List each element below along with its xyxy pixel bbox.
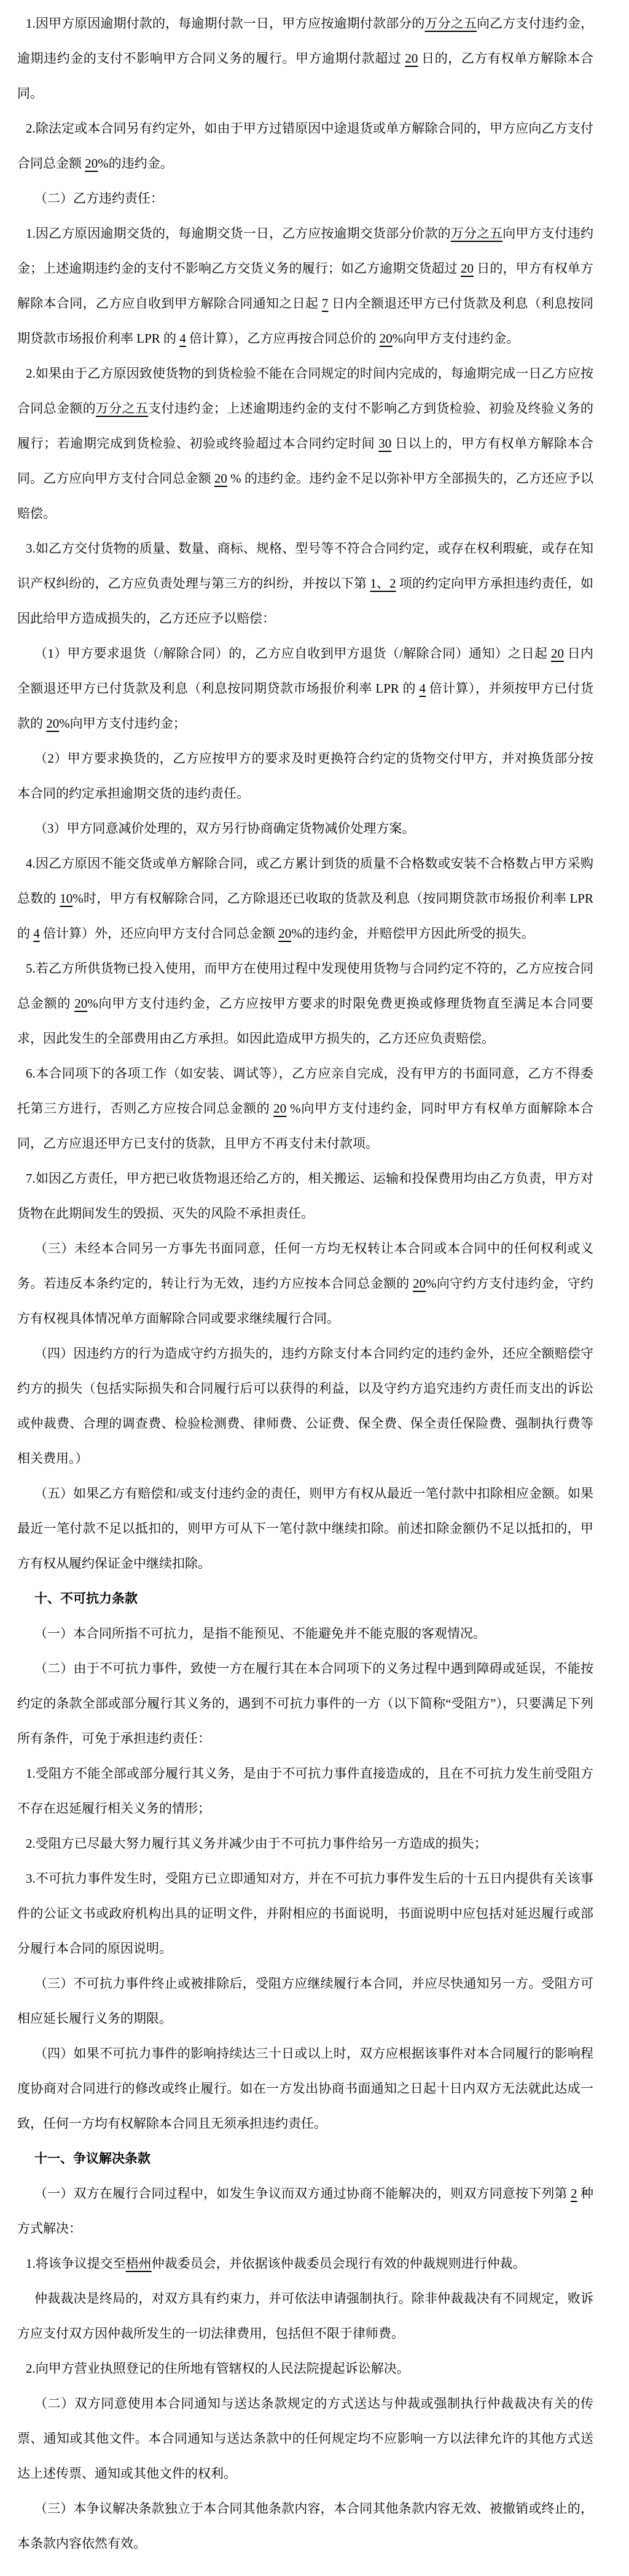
paragraph: 3.不可抗力事件发生时，受阻方已立即通知对方，并在不可抗力事件发生后的十五日内提… <box>17 1861 593 1966</box>
section-heading: 十、不可抗力条款 <box>17 1581 593 1616</box>
underlined-text-run: 20 <box>405 51 418 66</box>
text-run: 仲裁委员会，并依据该仲裁委员会现行有效的仲裁规则进行仲裁。 <box>152 2256 526 2271</box>
paragraph: （三）未经本合同另一方事先书面同意，任何一方均无权转让本合同或本合同中的任何权利… <box>17 1231 593 1336</box>
paragraph: （二）由于不可抗力事件，致使一方在履行其在本合同项下的义务过程中遇到障碍或延误，… <box>17 1651 593 1756</box>
paragraph: 仲裁裁决是终局的，对双方具有约束力，并可依法申请强制执行。除非仲裁裁决有不同规定… <box>17 2281 593 2351</box>
underlined-text-run: 万分之五 <box>96 401 148 416</box>
paragraph: （3）甲方同意减价处理的，双方另行协商确定货物减价处理方案。 <box>17 811 593 846</box>
paragraph: 3.如乙方交付货物的质量、数量、商标、规格、型号等不符合合同约定，或存在权利瑕疵… <box>17 531 593 636</box>
text-run: 2.受阻方已尽最大努力履行其义务并减少由于不可抗力事件给另一方造成的损失； <box>26 1836 487 1851</box>
underlined-text-run: 10 <box>60 891 72 906</box>
underlined-text-run: 梧州 <box>126 2256 152 2271</box>
section-heading: 十一、争议解决条款 <box>17 2141 593 2176</box>
underlined-text-run: 20 <box>551 646 564 661</box>
text-run: 倍计算）外，还应向甲方支付合同总金额 <box>40 926 279 941</box>
text-run: 1.受阻方不能全部或部分履行其义务，是由于不可抗力事件直接造成的，且在不可抗力发… <box>17 1766 593 1816</box>
underlined-text-run: 4 <box>33 926 40 941</box>
paragraph: 1.受阻方不能全部或部分履行其义务，是由于不可抗力事件直接造成的，且在不可抗力发… <box>17 1756 593 1826</box>
document-content: 1.因甲方原因逾期付款的，每逾期付款一日，甲方应按逾期付款部分的万分之五向乙方支… <box>17 6 593 2561</box>
text-run: （1）甲方要求退货（/解除合同）的，乙方应自收到甲方退货（/解除合同）通知）之日… <box>34 646 551 661</box>
paragraph: （一）本合同所指不可抗力，是指不能预见、不能避免并不能克服的客观情况。 <box>17 1616 593 1651</box>
paragraph: 4.因乙方原因不能交货或单方解除合同，或乙方累计到货的质量不合格数或安装不合格数… <box>17 846 593 951</box>
paragraph: 2.受阻方已尽最大努力履行其义务并减少由于不可抗力事件给另一方造成的损失； <box>17 1826 593 1861</box>
paragraph: 1.因乙方原因逾期交货的，每逾期交货一日，乙方应按逾期交货部分价款的万分之五向甲… <box>17 216 593 356</box>
paragraph: （二）双方同意使用本合同通知与送达条款规定的方式送达与仲裁或强制执行仲裁裁决有关… <box>17 2386 593 2491</box>
text-run: 1.因甲方原因逾期付款的，每逾期付款一日，甲方应按逾期付款部分的 <box>26 16 425 31</box>
underlined-text-run: 20 <box>74 996 87 1011</box>
underlined-text-run: 20 <box>380 331 393 346</box>
underlined-text-run: 20 <box>413 1276 426 1291</box>
paragraph: （二）乙方违约责任： <box>17 181 593 216</box>
paragraph: （一）双方在履行合同过程中，如发生争议而双方通过协商不能解决的，则双方同意按下列… <box>17 2176 593 2246</box>
paragraph: （五）如果乙方有赔偿和/或支付违约金的责任，则甲方有权从最近一笔付款中扣除相应金… <box>17 1476 593 1581</box>
text-run: 仲裁裁决是终局的，对双方具有约束力，并可依法申请强制执行。除非仲裁裁决有不同规定… <box>17 2291 593 2341</box>
paragraph: 2.除法定或本合同另有约定外，如由于甲方过错原因中途退货或单方解除合同的，甲方应… <box>17 111 593 181</box>
text-run: %向甲方支付违约金； <box>59 716 186 731</box>
paragraph: 1.将该争议提交至梧州仲裁委员会，并依据该仲裁委员会现行有效的仲裁规则进行仲裁。 <box>17 2246 593 2281</box>
underlined-text-run: 20 <box>278 926 291 941</box>
text-run: （二）双方同意使用本合同通知与送达条款规定的方式送达与仲裁或强制执行仲裁裁决有关… <box>17 2396 593 2481</box>
underlined-text-run: 1、2 <box>370 576 396 591</box>
paragraph: 7.如因乙方责任，甲方把已收货物退还给乙方的，相关搬运、运输和投保费用均由乙方负… <box>17 1161 593 1231</box>
underlined-text-run: 20 <box>214 471 227 486</box>
text-run: 1.将该争议提交至 <box>26 2256 126 2271</box>
paragraph: （1）甲方要求退货（/解除合同）的，乙方应自收到甲方退货（/解除合同）通知）之日… <box>17 636 593 741</box>
text-run: （三）不可抗力事件终止或被排除后，受阻方应继续履行本合同，并应尽快通知另一方。受… <box>17 1976 593 2026</box>
text-run: 十、不可抗力条款 <box>34 1591 138 1606</box>
underlined-text-run: 万分之五 <box>451 226 503 241</box>
paragraph: 5.若乙方所供货物已投入使用，而甲方在使用过程中发现使用货物与合同约定不符的，乙… <box>17 951 593 1056</box>
text-run: 3.不可抗力事件发生时，受阻方已立即通知对方，并在不可抗力事件发生后的十五日内提… <box>17 1871 593 1956</box>
text-run: （3）甲方同意减价处理的，双方另行协商确定货物减价处理方案。 <box>34 821 415 836</box>
text-run: 十一、争议解决条款 <box>34 2151 150 2166</box>
underlined-text-run: 4 <box>179 331 186 346</box>
text-run: （一）本合同所指不可抗力，是指不能预见、不能避免并不能克服的客观情况。 <box>34 1626 486 1641</box>
text-run: （二）由于不可抗力事件，致使一方在履行其在本合同项下的义务过程中遇到障碍或延误，… <box>17 1661 593 1746</box>
underlined-text-run: 30 <box>378 436 391 451</box>
paragraph: 2.如果由于乙方原因致使货物的到货检验不能在合同规定的时间内完成的，每逾期完成一… <box>17 356 593 531</box>
document-page: 1.因甲方原因逾期付款的，每逾期付款一日，甲方应按逾期付款部分的万分之五向乙方支… <box>0 0 629 2576</box>
text-run: 倍计算），乙方应再按合同总价的 <box>186 331 380 346</box>
text-run: %的违约金，并赔偿甲方因此所受的损失。 <box>291 926 534 941</box>
underlined-text-run: 20 <box>85 156 98 171</box>
paragraph: 2.向甲方营业执照登记的住所地有管辖权的人民法院提起诉讼解决。 <box>17 2351 593 2386</box>
paragraph: 1.因甲方原因逾期付款的，每逾期付款一日，甲方应按逾期付款部分的万分之五向乙方支… <box>17 6 593 111</box>
text-run: （三）本争议解决条款独立于本合同其他条款内容，本合同其他条款内容无效、被撤销或终… <box>17 2501 593 2551</box>
underlined-text-run: 20 <box>273 1101 286 1116</box>
paragraph: （三）不可抗力事件终止或被排除后，受阻方应继续履行本合同，并应尽快通知另一方。受… <box>17 1966 593 2036</box>
underlined-text-run: 7 <box>322 296 329 311</box>
paragraph: 6.本合同项下的各项工作（如安装、调试等），乙方应亲自完成，没有甲方的书面同意，… <box>17 1056 593 1161</box>
underlined-text-run: 20 <box>46 716 59 731</box>
text-run: 2.向甲方营业执照登记的住所地有管辖权的人民法院提起诉讼解决。 <box>26 2361 410 2376</box>
underlined-text-run: 2 <box>571 2186 577 2201</box>
underlined-text-run: 4 <box>420 681 426 696</box>
paragraph: （2）甲方要求换货的，乙方应按甲方的要求及时更换符合约定的货物交付甲方，并对换货… <box>17 741 593 811</box>
paragraph: （四）如果不可抗力事件的影响持续达三十日或以上时，双方应根据该事件对本合同履行的… <box>17 2036 593 2141</box>
text-run: 7.如因乙方责任，甲方把已收货物退还给乙方的，相关搬运、运输和投保费用均由乙方负… <box>17 1171 593 1221</box>
underlined-text-run: 20 <box>461 261 474 276</box>
text-run: （四）因违约方的行为造成守约方损失的，违约方除支付本合同约定的违约金外，还应全额… <box>17 1346 593 1466</box>
text-run: %的违约金。 <box>98 156 173 171</box>
text-run: （四）如果不可抗力事件的影响持续达三十日或以上时，双方应根据该事件对本合同履行的… <box>17 2046 593 2131</box>
text-run: 1.因乙方原因逾期交货的，每逾期交货一日，乙方应按逾期交货部分价款的 <box>26 226 451 241</box>
text-run: （五）如果乙方有赔偿和/或支付违约金的责任，则甲方有权从最近一笔付款中扣除相应金… <box>17 1486 593 1571</box>
text-run: %向甲方支付违约金，乙方应按甲方要求的时限免费更换或修理货物直至满足本合同要求，… <box>17 996 593 1046</box>
underlined-text-run: 万分之五 <box>425 16 477 31</box>
text-run: %向甲方支付违约金。 <box>393 331 520 346</box>
text-run: （2）甲方要求换货的，乙方应按甲方的要求及时更换符合约定的货物交付甲方，并对换货… <box>17 751 593 801</box>
paragraph: （三）本争议解决条款独立于本合同其他条款内容，本合同其他条款内容无效、被撤销或终… <box>17 2491 593 2561</box>
text-run: （二）乙方违约责任： <box>34 191 163 206</box>
text-run: （一）双方在履行合同过程中，如发生争议而双方通过协商不能解决的，则双方同意按下列… <box>34 2186 571 2201</box>
paragraph: （四）因违约方的行为造成守约方损失的，违约方除支付本合同约定的违约金外，还应全额… <box>17 1336 593 1476</box>
